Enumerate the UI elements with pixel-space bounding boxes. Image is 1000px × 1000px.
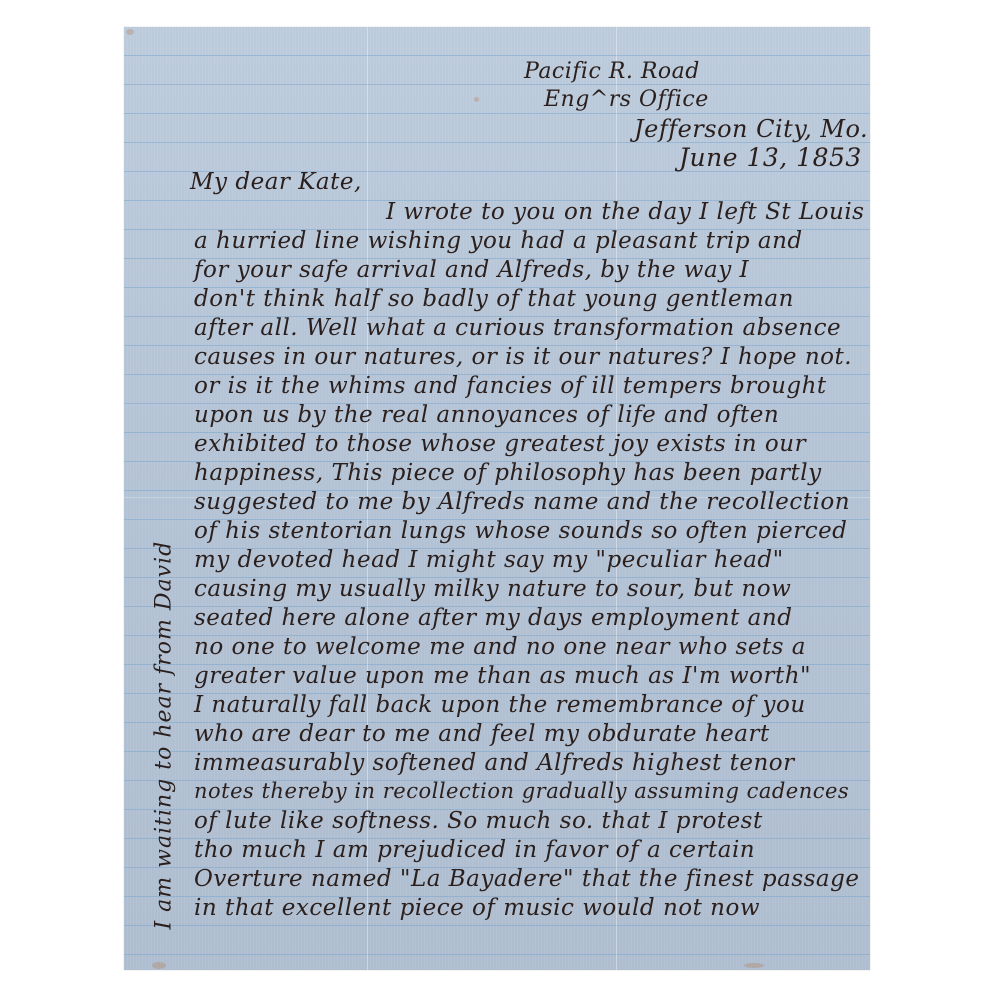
body-line: no one to welcome me and no one near who… — [194, 634, 806, 660]
letter-page: Pacific R. Road Eng^rs Office Jefferson … — [124, 27, 870, 970]
margin-note: I am waiting to hear from David — [152, 510, 177, 930]
body-line: causes in our natures, or is it our natu… — [194, 344, 852, 370]
body-line: my devoted head I might say my "peculiar… — [194, 547, 784, 573]
body-line: in that excellent piece of music would n… — [194, 895, 760, 921]
body-line: don't think half so badly of that young … — [194, 286, 794, 312]
body-line: a hurried line wishing you had a pleasan… — [194, 228, 803, 254]
body-line: suggested to me by Alfreds name and the … — [194, 489, 850, 515]
letter-date: June 13, 1853 — [679, 143, 862, 172]
body-line: after all. Well what a curious transform… — [194, 315, 841, 341]
letterhead-city: Jefferson City, Mo. — [634, 115, 868, 143]
salutation: My dear Kate, — [190, 169, 362, 195]
body-line: or is it the whims and fancies of ill te… — [194, 373, 827, 399]
body-line: I wrote to you on the day I left St Loui… — [386, 199, 864, 225]
body-line: seated here alone after my days employme… — [194, 605, 792, 631]
body-line: upon us by the real annoyances of life a… — [194, 402, 779, 428]
letterhead-office: Eng^rs Office — [544, 87, 709, 112]
body-line: greater value upon me than as much as I'… — [194, 663, 811, 689]
letterhead-company: Pacific R. Road — [524, 59, 700, 84]
body-line: of his stentorian lungs whose sounds so … — [194, 518, 847, 544]
paper-stain — [474, 97, 479, 102]
body-line: Overture named "La Bayadere" that the fi… — [194, 866, 859, 892]
body-line: notes thereby in recollection gradually … — [194, 779, 849, 803]
body-line: exhibited to those whose greatest joy ex… — [194, 431, 806, 457]
paper-stain — [744, 963, 764, 968]
body-line: for your safe arrival and Alfreds, by th… — [194, 257, 749, 283]
body-line: I naturally fall back upon the remembran… — [194, 692, 806, 718]
body-line: of lute like softness. So much so. that … — [194, 808, 763, 834]
body-line: who are dear to me and feel my obdurate … — [194, 721, 770, 747]
paper-stain — [126, 29, 134, 35]
body-line: immeasurably softened and Alfreds highes… — [194, 750, 795, 776]
body-line: tho much I am prejudiced in favor of a c… — [194, 837, 755, 863]
body-line: happiness, This piece of philosophy has … — [194, 460, 822, 486]
paper-stain — [152, 962, 166, 969]
body-line: causing my usually milky nature to sour,… — [194, 576, 791, 602]
